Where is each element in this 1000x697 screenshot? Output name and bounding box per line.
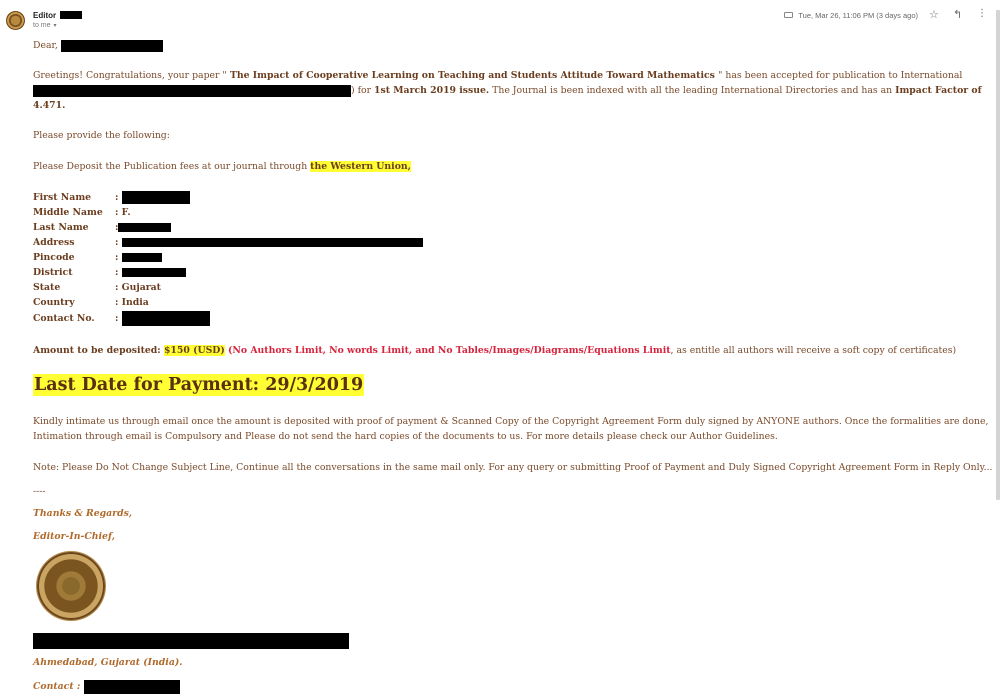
amount-line: Amount to be deposited: $150 (USD) (No A… [33, 343, 956, 359]
greeting: Dear, [33, 38, 163, 54]
timestamp: Tue, Mar 26, 11:06 PM (3 days ago) [784, 11, 918, 20]
impact-factor: 4.471. [33, 98, 65, 114]
last-date-heading: Last Date for Payment: 29/3/2019 [33, 374, 364, 396]
kindly-line-1: Kindly intimate us through email once th… [33, 414, 988, 430]
scrollbar-thumb[interactable] [996, 10, 1000, 500]
separator: ---- [33, 484, 46, 500]
recipient-line[interactable]: to me▾ [33, 22, 57, 29]
redacted-recipient-name [61, 40, 163, 52]
acceptance-line-1: Greetings! Congratulations, your paper "… [33, 68, 962, 84]
deposit-method: the Western Union, [310, 161, 411, 172]
star-icon[interactable]: ☆ [929, 8, 939, 21]
redacted-sender-address [60, 11, 82, 19]
redacted-value [122, 311, 210, 326]
note-line: Note: Please Do Not Change Subject Line,… [33, 460, 993, 476]
kindly-line-2: Intimation through email is Compulsory a… [33, 429, 778, 445]
limits-text: (No Authors Limit, No words Limit, and N… [225, 345, 671, 356]
redacted-journal-name-signature [33, 633, 349, 649]
label-icon[interactable] [784, 12, 793, 18]
amount-value: $150 (USD) [164, 345, 225, 356]
email-header: Editor to me▾ Tue, Mar 26, 11:06 PM (3 d… [0, 0, 1000, 36]
redacted-contact [84, 680, 180, 694]
sender-name[interactable]: Editor [33, 11, 82, 20]
redacted-value [122, 238, 423, 247]
signature-role: Editor-In-Chief, [33, 529, 115, 545]
redacted-value [122, 253, 162, 262]
redacted-value [118, 223, 171, 232]
more-vertical-icon[interactable]: ⋮ [977, 8, 987, 19]
signature-location: Ahmedabad, Gujarat (India). [33, 655, 183, 671]
chevron-down-icon[interactable]: ▾ [54, 23, 57, 29]
reply-icon[interactable]: ↰ [953, 8, 962, 21]
redacted-value [122, 268, 186, 277]
deposit-line: Please Deposit the Publication fees at o… [33, 159, 411, 175]
acceptance-line-2: ) for 1st March 2019 issue. The Journal … [33, 83, 982, 99]
signature-contact: Contact : [33, 679, 180, 695]
paper-title: The Impact of Cooperative Learning on Te… [227, 70, 718, 81]
sender-avatar[interactable] [6, 11, 25, 30]
redacted-value [122, 191, 190, 204]
provide-line: Please provide the following: [33, 128, 170, 144]
redacted-journal-name [33, 85, 351, 97]
signature-regards: Thanks & Regards, [33, 506, 132, 522]
journal-seal-image [37, 552, 105, 620]
